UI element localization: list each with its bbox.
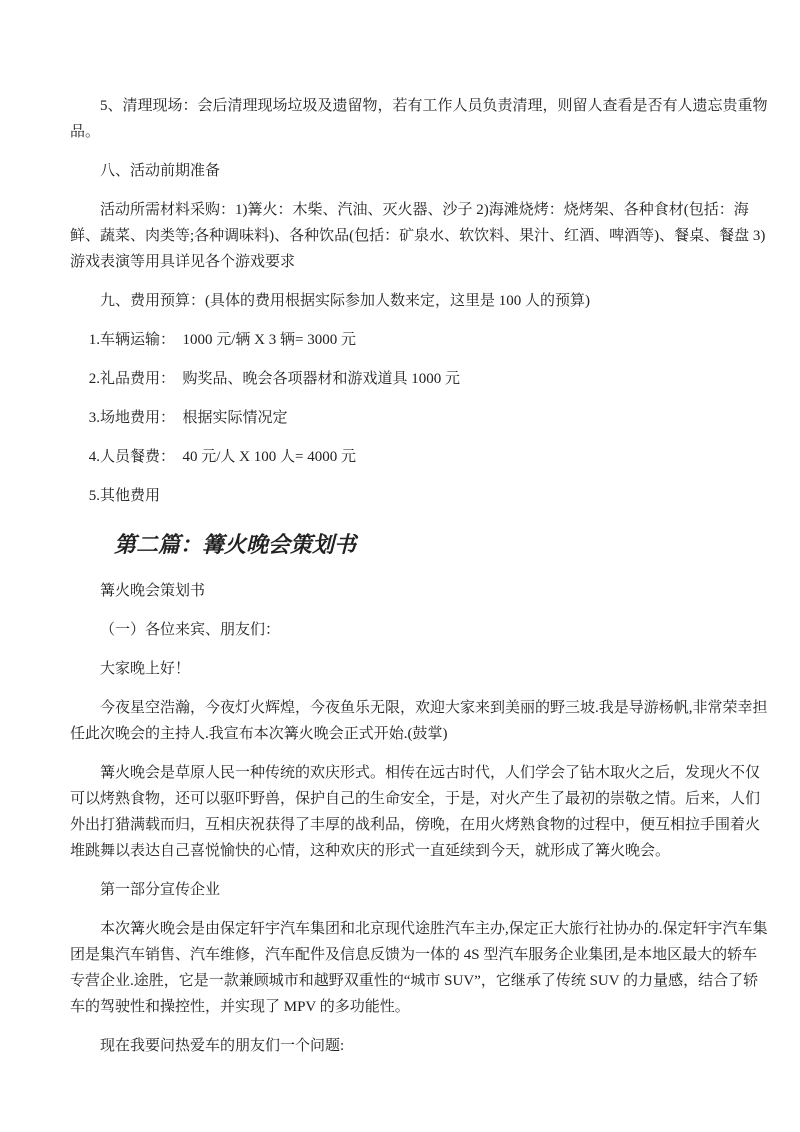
- paragraph-plan-title: 篝火晚会策划书: [70, 578, 770, 604]
- budget-item-transport: 1.车辆运输： 1000 元/辆 X 3 辆= 3000 元: [70, 327, 770, 353]
- paragraph-greeting-guests: （一）各位来宾、朋友们：: [70, 617, 770, 643]
- heading-section-9-budget: 九、费用预算：(具体的费用根据实际参加人数来定，这里是 100 人的预算): [70, 288, 770, 314]
- paragraph-question-to-audience: 现在我要问热爱车的朋友们一个问题:: [70, 1033, 770, 1059]
- paragraph-host-welcome: 今夜星空浩瀚，今夜灯火辉煌，今夜鱼乐无限，欢迎大家来到美丽的野三坡.我是导游杨帆…: [70, 695, 770, 747]
- budget-item-venue: 3.场地费用： 根据实际情况定: [70, 405, 770, 431]
- paragraph-good-evening: 大家晚上好！: [70, 656, 770, 682]
- budget-item-gifts: 2.礼品费用： 购奖品、晚会各项器材和游戏道具 1000 元: [70, 366, 770, 392]
- paragraph-sponsor-intro: 本次篝火晚会是由保定轩宇汽车集团和北京现代途胜汽车主办,保定正大旅行社协办的.保…: [70, 916, 770, 1020]
- budget-item-meals: 4.人员餐费： 40 元/人 X 100 人= 4000 元: [70, 444, 770, 470]
- heading-part1-promotion: 第一部分宣传企业: [70, 877, 770, 903]
- budget-item-other: 5.其他费用: [70, 483, 770, 509]
- part2-title: 第二篇：篝火晚会策划书: [70, 530, 770, 560]
- paragraph-cleanup-venue: 5、清理现场：会后清理现场垃圾及遗留物，若有工作人员负责清理，则留人查看是否有人…: [70, 93, 770, 145]
- paragraph-bonfire-origin: 篝火晚会是草原人民一种传统的欢庆形式。相传在远古时代，人们学会了钻木取火之后，发…: [70, 760, 770, 864]
- heading-section-8-preparation: 八、活动前期准备: [70, 158, 770, 184]
- document-page: 5、清理现场：会后清理现场垃圾及遗留物，若有工作人员负责清理，则留人查看是否有人…: [0, 0, 800, 1132]
- paragraph-materials-purchase: 活动所需材料采购：1)篝火：木柴、汽油、灭火器、沙子 2)海滩烧烤：烧烤架、各种…: [70, 197, 770, 275]
